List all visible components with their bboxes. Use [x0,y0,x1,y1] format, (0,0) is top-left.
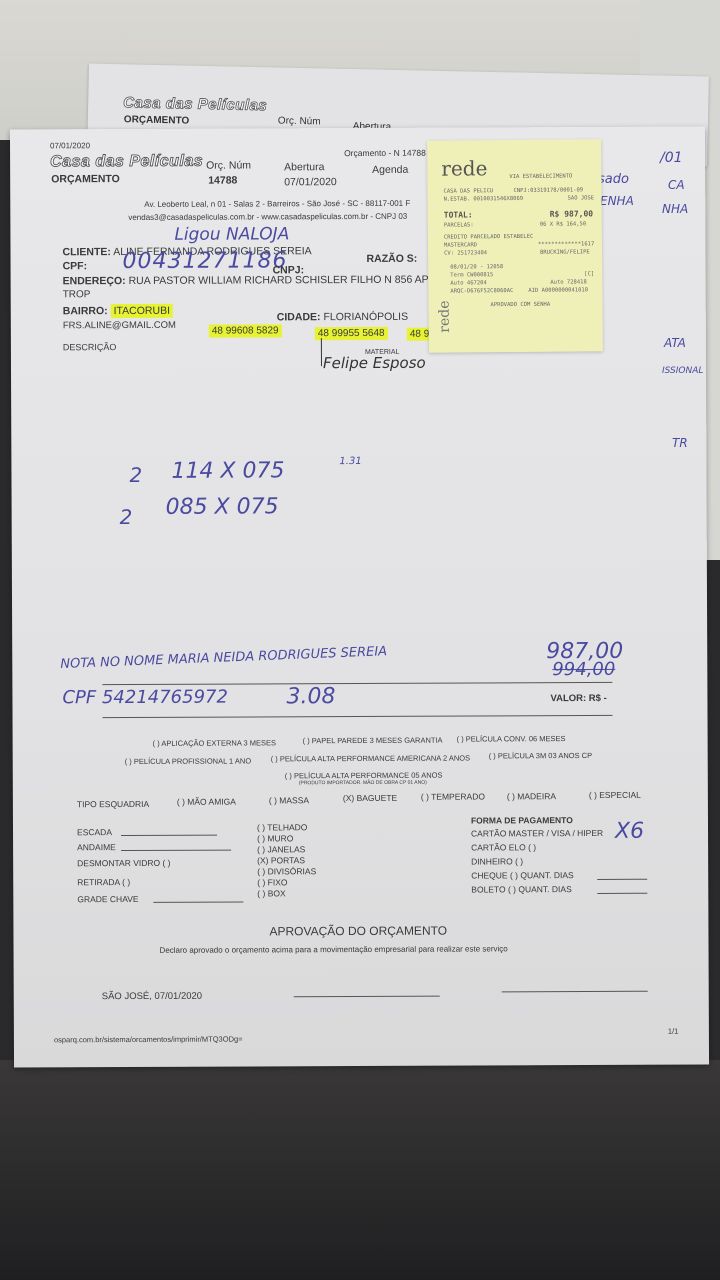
aprovacao-title: APROVAÇÃO DO ORÇAMENTO [269,924,447,939]
local-divisorias[interactable]: ( ) DIVISÓRIAS [257,866,316,876]
orc-num-value: 14788 [208,175,237,187]
razao-label: RAZÃO S: [366,253,417,265]
cheque-dias-line[interactable] [597,879,647,880]
receipt-aid: AID A0000000041010 [528,287,588,294]
receipt-parcelas-label: PARCELAS: [444,222,474,228]
item-1-qty: 2 [129,463,142,487]
extra-desmontar-vidro[interactable]: DESMONTAR VIDRO ( ) [77,858,170,868]
footer-url: osparq.com.br/sistema/orcamentos/imprimi… [54,1035,243,1045]
back-sheet-logo: Casa das Películas [123,94,267,114]
receipt-parcelas-value: 06 X R$ 164,50 [540,221,586,227]
handwritten-ligou-na-loja: Ligou NALOJA [174,224,289,245]
service-pelicula-profissional[interactable]: ( ) PELÍCULA PROFISSIONAL 1 ANO [125,756,251,766]
margin-note: ATA [664,336,686,350]
local-portas[interactable]: (X) PORTAS [257,855,305,865]
back-sheet-orc-num-label: Orç. Núm [278,115,321,127]
margin-note: CA [668,178,685,192]
endereco-row: ENDEREÇO: RUA PASTOR WILLIAM RICHARD SCH… [63,274,429,288]
divider-line [103,715,613,718]
receipt-city: SAO JOSE [568,195,595,201]
company-logo: Casa das Películas [50,153,203,172]
signature-line-client[interactable] [294,996,440,998]
page-number: 1/1 [668,1027,678,1036]
item-1-dimensions: 114 X 075 [171,458,284,483]
place-date: SÃO JOSÉ, 07/01/2020 [102,991,202,1002]
abertura-value: 07/01/2020 [284,176,337,188]
local-janelas[interactable]: ( ) JANELAS [257,844,305,854]
receipt-c-flag: [C] [584,271,594,277]
company-contact: vendas3@casadaspeliculas.com.br - www.ca… [128,212,407,222]
orc-num-label: Orç. Núm [206,159,251,171]
esquadria-label: TIPO ESQUADRIA [77,799,149,809]
boleto-dias-line[interactable] [597,893,647,894]
orcamento-ref: Orçamento - N 14788 [344,148,426,158]
escada-field-line[interactable] [121,835,217,836]
extra-grade-chave: GRADE CHAVE [77,894,138,904]
bairro-row: BAIRRO: ITACORUBI [63,305,173,317]
rede-vertical-logo: rede [437,300,453,332]
service-pelicula-05-anos-note: (PRODUTO IMPORTADOR. MÃO DE OBRA CP 01 A… [299,780,427,787]
card-receipt: rede VIA ESTABELECIMENTO CASA DAS PELICU… [427,139,603,353]
handwritten-cpf: 00431271186 [122,248,287,274]
receipt-auto1: Auto 467204 [450,280,486,286]
receipt-total-value: R$ 987,00 [550,209,593,218]
pagamento-cartao[interactable]: CARTÃO MASTER / VISA / HIPER [471,828,603,839]
pagamento-title: FORMA DE PAGAMENTO [471,815,573,825]
receipt-estab: N.ESTAB. 0010031546X8069 [444,196,524,203]
local-box[interactable]: ( ) BOX [257,888,285,898]
endereco-value: RUA PASTOR WILLIAM RICHARD SCHISLER FILH… [129,274,429,287]
local-fixo[interactable]: ( ) FIXO [257,877,287,887]
company-address: Av. Leoberto Leal, n 01 - Salas 2 - Barr… [144,199,410,209]
endereco-continuation: TROP [63,289,91,300]
handwritten-bracket [321,338,322,366]
agenda-label: Agenda [372,164,408,176]
phone-1: 48 99608 5829 [209,324,282,337]
rede-logo: rede [441,156,487,180]
margin-note: TR [672,436,688,450]
receipt-card-number: *************1617 [538,241,594,247]
cidade-value: FLORIANÓPOLIS [323,311,408,323]
esquadria-baguete[interactable]: (X) BAGUETE [343,793,397,803]
extra-andaime: ANDAIME [77,842,116,852]
margin-note: ENHA [600,194,634,208]
valor-label: VALOR: R$ - [550,693,606,704]
signature-line-company[interactable] [502,991,648,993]
cpf-label: CPF: [63,260,88,272]
receipt-approved: APROVADO COM SENHA [490,302,550,309]
receipt-auto2: Auto 728418 [550,279,586,285]
grade-chave-field-line[interactable] [153,902,243,903]
bairro-value: ITACORUBI [111,304,173,318]
print-date: 07/01/2020 [50,141,90,150]
margin-note: NHA [662,202,688,216]
service-pelicula-americana[interactable]: ( ) PELÍCULA ALTA PERFORMANCE AMERICANA … [271,754,470,764]
local-telhado[interactable]: ( ) TELHADO [257,822,307,832]
pagamento-cheque[interactable]: CHEQUE ( ) QUANT. DIAS [471,870,574,880]
handwritten-value-308: 3.08 [286,684,335,709]
receipt-arqc: ARQC-D676F52C8060AC [450,288,513,295]
pagamento-boleto[interactable]: BOLETO ( ) QUANT. DIAS [471,884,571,894]
descricao-label: DESCRIÇÃO [63,342,117,352]
receipt-via: VIA ESTABELECIMENTO [509,173,572,180]
receipt-cv: CV: 251723404 [444,250,487,256]
margin-note: sado [598,172,629,187]
divider-line [102,682,612,685]
extra-escada: ESCADA [77,827,112,837]
receipt-card-brand: MASTERCARD [444,242,477,248]
esquadria-madeira[interactable]: ( ) MADEIRA [507,791,556,801]
quote-document: 07/01/2020 Orçamento - N 14788 Casa das … [10,126,709,1067]
service-papel-parede[interactable]: ( ) PAPEL PAREDE 3 MESES GARANTIA [303,736,443,746]
item-2-qty: 2 [120,505,133,529]
service-pelicula-conv[interactable]: ( ) PELÍCULA CONV. 06 MESES [457,734,566,743]
esquadria-mao-amiga[interactable]: ( ) MÃO AMIGA [177,797,236,807]
handwritten-nota-nome: NOTA NO NOME MARIA NEIDA RODRIGUES SEREI… [60,644,387,672]
receipt-holder: BRUCKING/FELIPE [540,249,590,255]
receipt-total-label: TOTAL: [444,210,473,219]
receipt-term: Term CW000815 [450,272,493,278]
cidade-label: CIDADE: [277,311,321,323]
margin-note: /01 [660,150,683,166]
handwritten-felipe-esposo: Felipe Esposo [323,354,426,372]
handwritten-cpf-nota: CPF 54214765972 [62,687,228,709]
esquadria-massa[interactable]: ( ) MASSA [269,795,309,805]
handwritten-valor-old: 994,00 [552,659,615,680]
pagamento-dinheiro[interactable]: DINHEIRO ( ) [471,856,523,866]
document-title: ORÇAMENTO [51,173,120,185]
bairro-label: BAIRRO: [63,305,108,317]
receipt-date: 08/01/20 - 12058 [450,264,503,270]
extra-retirada[interactable]: RETIRADA ( ) [77,877,130,887]
esquadria-temperado[interactable]: ( ) TEMPERADO [421,791,485,801]
receipt-cnpj: CNPJ:03319178/0001-09 [513,187,583,194]
handwritten-payment-mark: X6 [615,819,644,844]
esquadria-especial[interactable]: ( ) ESPECIAL [589,790,641,800]
local-muro[interactable]: ( ) MURO [257,833,293,843]
andaime-field-line[interactable] [121,850,231,851]
receipt-store: CASA DAS PELICU [443,188,493,194]
service-pelicula-3m[interactable]: ( ) PELÍCULA 3M 03 ANOS CP [489,751,592,760]
background-table [0,1060,720,1280]
service-aplicacao-externa[interactable]: ( ) APLICAÇÃO EXTERNA 3 MESES [153,738,276,748]
client-email: FRS.ALINE@GMAIL.COM [63,320,176,331]
endereco-label: ENDEREÇO: [63,275,126,287]
abertura-label: Abertura [284,161,324,173]
receipt-credit-type: CREDITO PARCELADO ESTABELEC [444,234,533,241]
phone-2: 48 99955 5648 [315,327,388,340]
aprovacao-text: Declaro aprovado o orçamento acima para … [160,944,508,955]
pagamento-elo[interactable]: CARTÃO ELO ( ) [471,842,536,852]
back-sheet-title: ORÇAMENTO [124,114,190,126]
item-1-note: 1.31 [339,456,361,467]
margin-note: ISSIONAL [662,366,703,376]
cliente-label: CLIENTE: [62,246,110,258]
item-2-dimensions: 085 X 075 [166,494,279,519]
cidade-row: CIDADE: FLORIANÓPOLIS [277,311,408,324]
